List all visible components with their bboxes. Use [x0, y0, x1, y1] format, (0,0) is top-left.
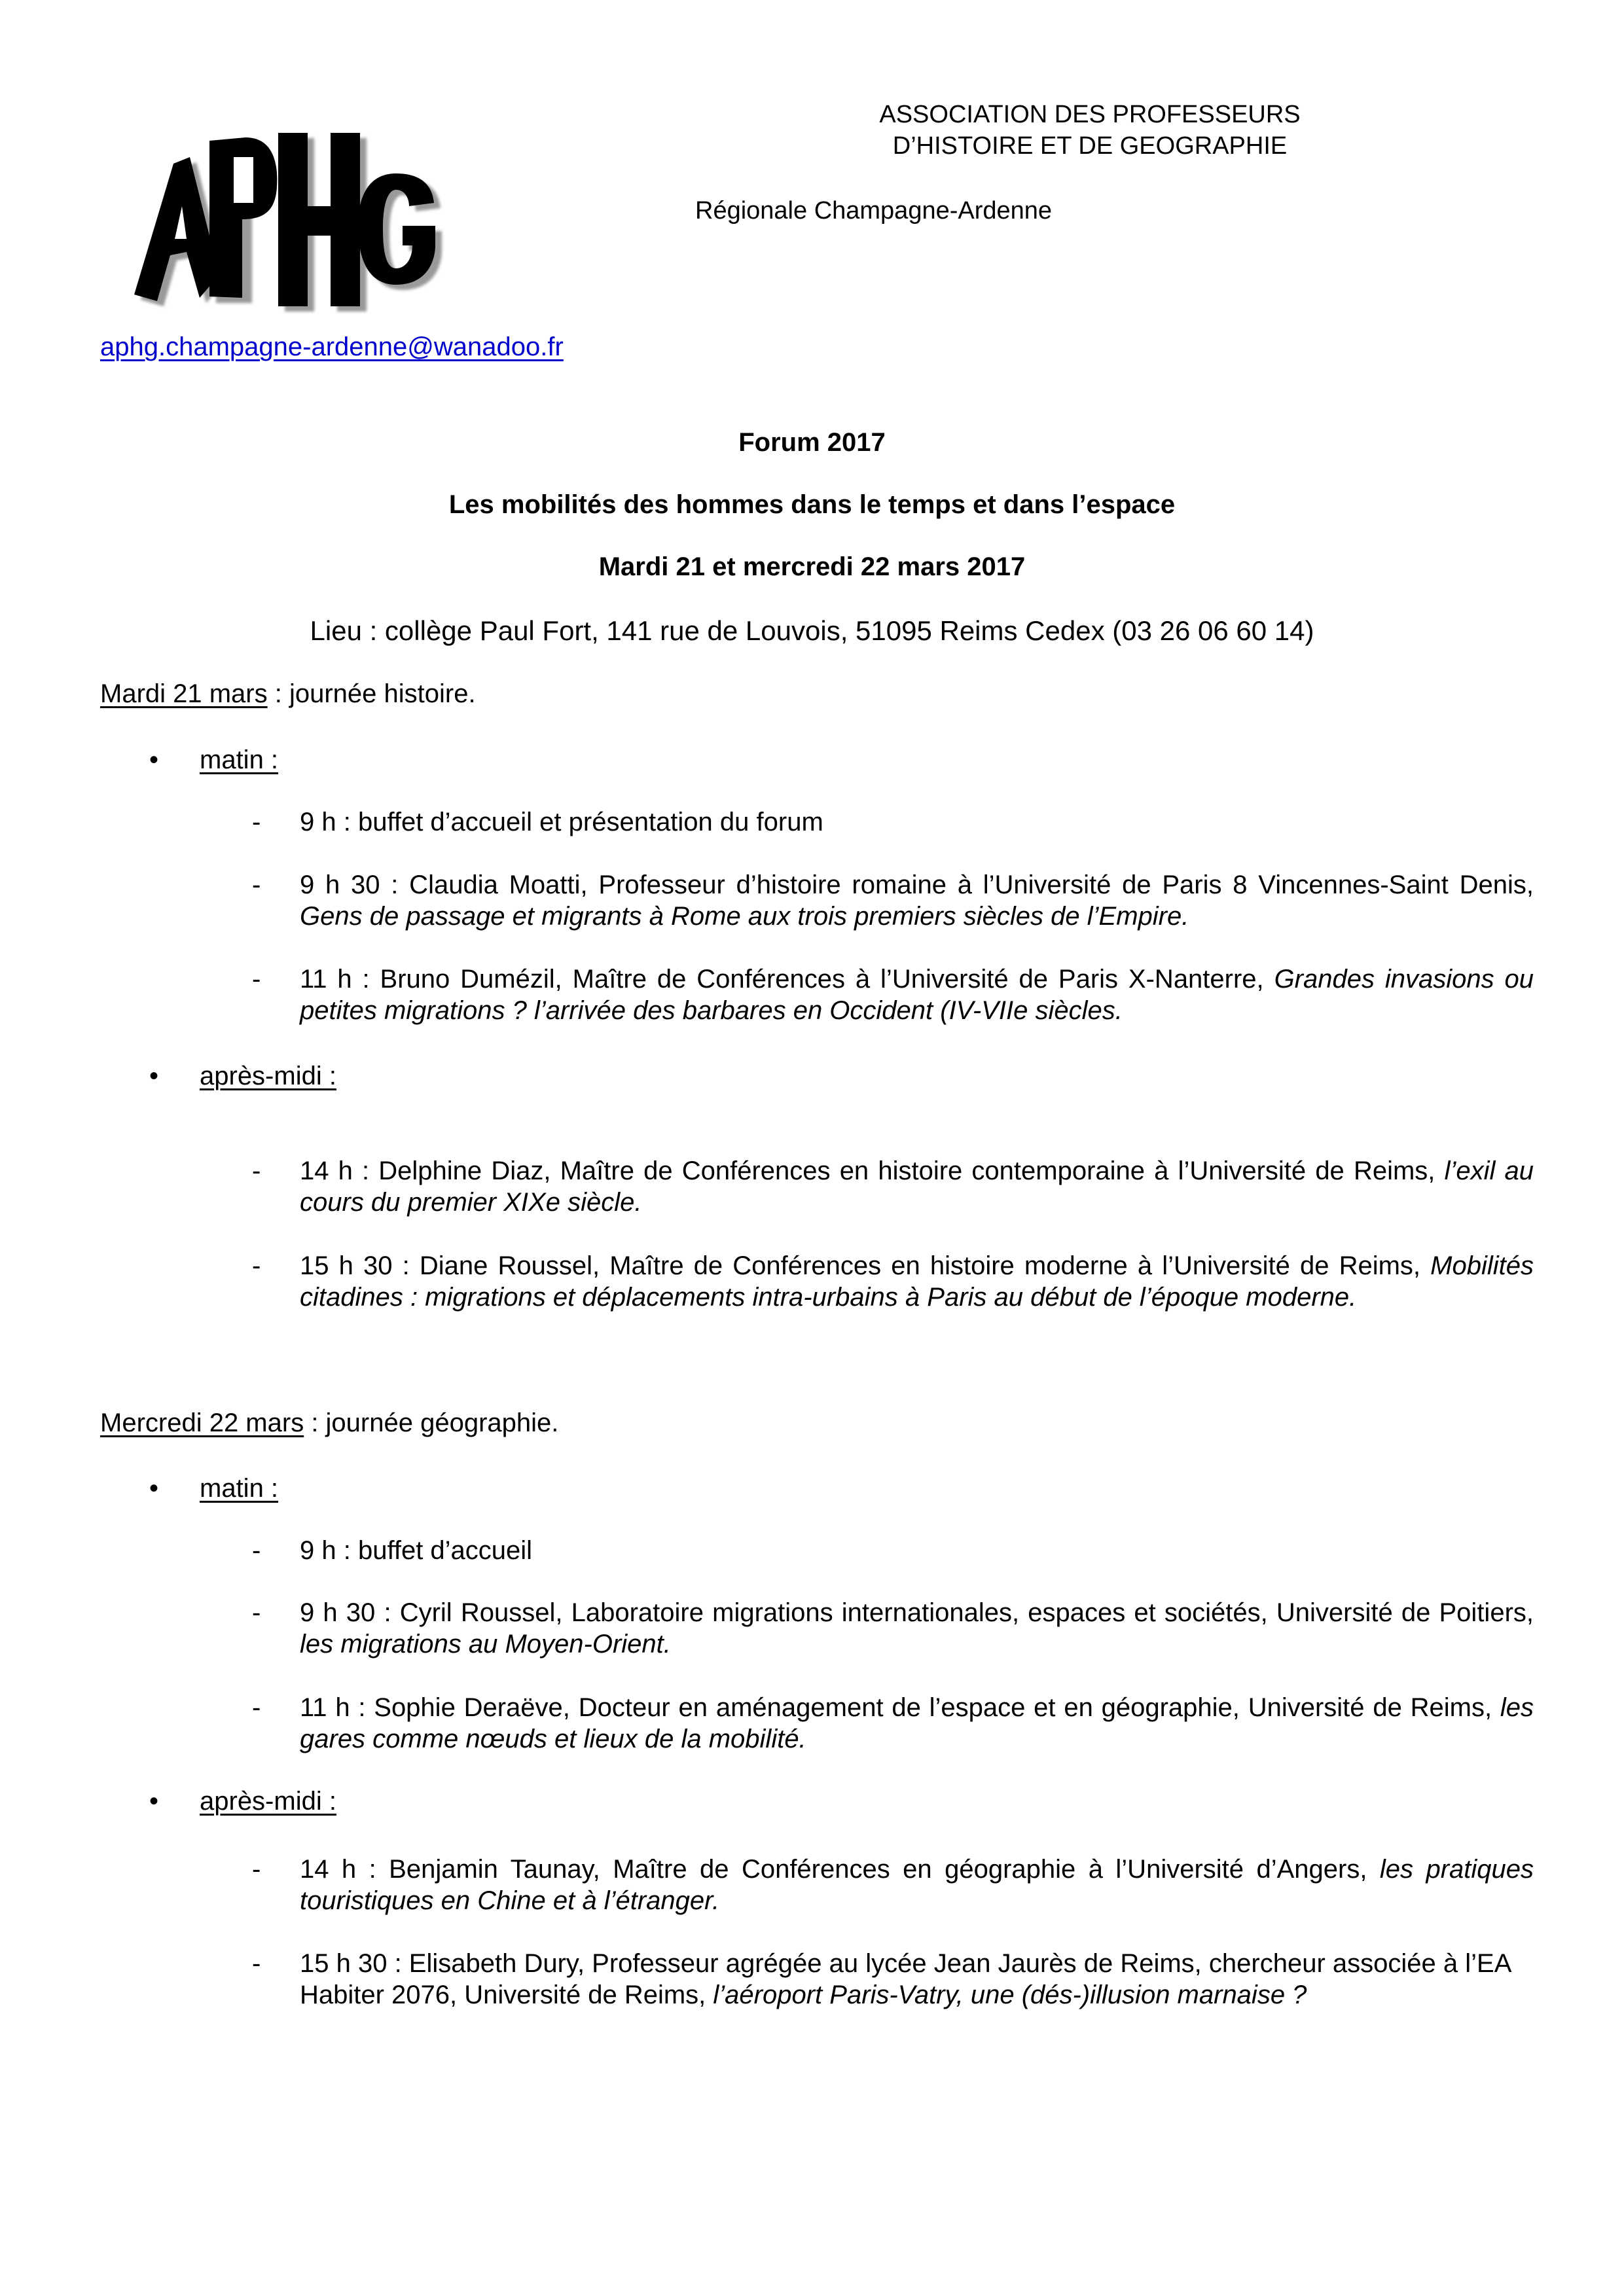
program-item: 11 h : Sophie Deraëve, Docteur en aménag… — [300, 1692, 1534, 1755]
logo-graphic — [121, 128, 507, 314]
bullet-icon: • — [149, 744, 158, 776]
day-suffix: : journée géographie. — [304, 1408, 558, 1437]
dash-icon: - — [252, 1535, 261, 1566]
program-item: 9 h 30 : Cyril Roussel, Laboratoire migr… — [300, 1597, 1534, 1660]
association-name-line1: ASSOCIATION DES PROFESSEURS — [763, 99, 1417, 130]
session-label: après-midi : — [200, 1785, 336, 1817]
dash-icon: - — [252, 806, 261, 838]
dash-icon: - — [252, 963, 261, 995]
bullet-icon: • — [149, 1785, 158, 1817]
day-heading: Mercredi 22 mars : journée géographie. — [100, 1407, 558, 1439]
program-item: 9 h : buffet d’accueil — [300, 1535, 1534, 1566]
program-item: 9 h : buffet d’accueil et présentation d… — [300, 806, 1534, 838]
program-item: 9 h 30 : Claudia Moatti, Professeur d’hi… — [300, 869, 1534, 932]
regional-branch: Régionale Champagne-Ardenne — [695, 195, 1052, 226]
association-name-line2: D’HISTOIRE ET DE GEOGRAPHIE — [763, 131, 1417, 161]
dash-icon: - — [252, 1155, 261, 1187]
dash-icon: - — [252, 869, 261, 901]
day-label: Mardi 21 mars — [100, 679, 268, 708]
day-heading: Mardi 21 mars : journée histoire. — [100, 678, 476, 709]
bullet-icon: • — [149, 1060, 158, 1092]
dash-icon: - — [252, 1250, 261, 1282]
bullet-icon: • — [149, 1473, 158, 1504]
forum-venue: Lieu : collège Paul Fort, 141 rue de Lou… — [0, 615, 1624, 647]
dash-icon: - — [252, 1854, 261, 1885]
program-item: 14 h : Delphine Diaz, Maître de Conféren… — [300, 1155, 1534, 1218]
forum-title: Forum 2017 — [0, 427, 1624, 458]
dash-icon: - — [252, 1597, 261, 1628]
dash-icon: - — [252, 1692, 261, 1723]
day-label: Mercredi 22 mars — [100, 1408, 304, 1437]
session-label: matin : — [200, 744, 278, 776]
day-suffix: : journée histoire. — [268, 679, 476, 708]
email-link[interactable]: aphg.champagne-ardenne@wanadoo.fr — [100, 332, 564, 362]
aphg-logo — [121, 128, 507, 314]
forum-dates: Mardi 21 et mercredi 22 mars 2017 — [0, 551, 1624, 583]
program-item: 14 h : Benjamin Taunay, Maître de Confér… — [300, 1854, 1534, 1916]
program-item: 11 h : Bruno Dumézil, Maître de Conféren… — [300, 963, 1534, 1026]
program-item: 15 h 30 : Diane Roussel, Maître de Confé… — [300, 1250, 1534, 1313]
dash-icon: - — [252, 1948, 261, 1979]
session-label: matin : — [200, 1473, 278, 1504]
session-label: après-midi : — [200, 1060, 336, 1092]
program-item: 15 h 30 : Elisabeth Dury, Professeur agr… — [300, 1948, 1534, 2011]
forum-theme: Les mobilités des hommes dans le temps e… — [0, 489, 1624, 520]
